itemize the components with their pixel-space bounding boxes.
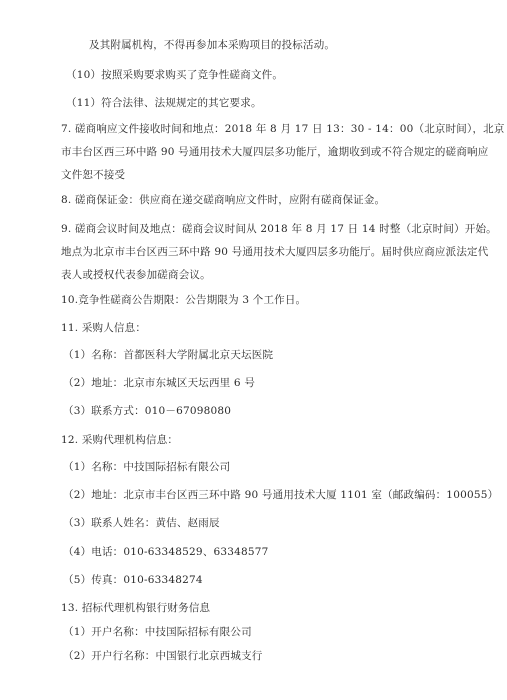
- agency-name: （1）名称：中技国际招标有限公司: [63, 460, 230, 474]
- agency-phone: （4）电话：010-63348529、63348577: [63, 545, 269, 559]
- section-12-heading: 12. 采购代理机构信息：: [61, 433, 178, 447]
- agency-fax: （5）传真：010-63348274: [63, 573, 203, 587]
- agency-contact-person: （3）联系人姓名：黄佶、赵雨辰: [63, 516, 220, 530]
- purchaser-address: （2）地址：北京市东城区天坛西里 6 号: [63, 376, 255, 390]
- section-7-line-3: 文件恕不接受: [61, 168, 125, 182]
- section-9-line-2: 地点为北京市丰台区西三环中路 90 号通用技术大厦四层多功能厅。届时供应商应派法…: [61, 245, 488, 259]
- bank-account-name: （1）开户名称：中技国际招标有限公司: [63, 625, 252, 639]
- section-9-line-1: 9. 磋商会议时间及地点：磋商会议时间从 2018 年 8 月 17 日 14 …: [61, 222, 497, 236]
- clause-11-item: （11）符合法律、法规规定的其它要求。: [66, 96, 262, 110]
- section-8: 8. 磋商保证金：供应商在递交磋商响应文件时，应附有磋商保证金。: [61, 193, 385, 207]
- section-7-line-1: 7. 磋商响应文件接收时间和地点：2018 年 8 月 17 日 13：30 -…: [61, 122, 505, 136]
- bank-branch-name: （2）开户行名称：中国银行北京西城支行: [63, 649, 262, 663]
- clause-10-item: （10）按照采购要求购买了竞争性磋商文件。: [66, 68, 283, 82]
- section-10: 10.竞争性磋商公告期限：公告期限为 3 个工作日。: [61, 293, 306, 307]
- purchaser-name: （1）名称：首都医科大学附属北京天坛医院: [63, 348, 273, 362]
- section-13-heading: 13. 招标代理机构银行财务信息: [61, 601, 210, 615]
- clause-9-continuation: 及其附属机构，不得再参加本采购项目的投标活动。: [89, 38, 335, 52]
- section-11-heading: 11. 采购人信息：: [61, 321, 146, 335]
- section-9-line-3: 表人或授权代表参加磋商会议。: [61, 268, 211, 282]
- section-7-line-2: 市丰台区西三环中路 90 号通用技术大厦四层多功能厅，逾期收到或不符合规定的磋商…: [61, 145, 488, 159]
- purchaser-contact: （3）联系方式：010－67098080: [63, 404, 231, 418]
- agency-address: （2）地址：北京市丰台区西三环中路 90 号通用技术大厦 1101 室（邮政编码…: [63, 488, 498, 502]
